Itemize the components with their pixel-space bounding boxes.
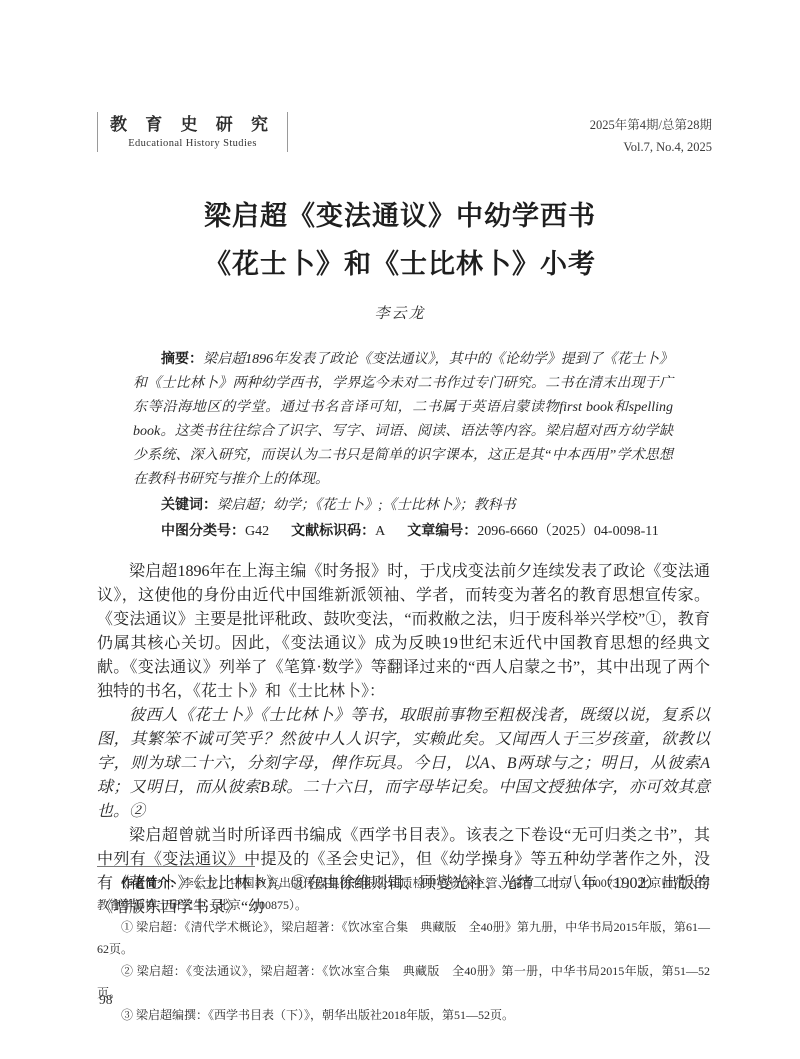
issue-line-cn: 2025年第4期/总第28期 [590,114,712,136]
page-header: 教 育 史 研 究 Educational History Studies 20… [97,112,712,158]
page-number: 98 [99,992,113,1008]
abstract-text: 梁启超1896年发表了政论《变法通议》，其中的《论幼学》提到了《花士卜》和《士比… [133,352,673,487]
clc-label: 中图分类号： [161,522,245,538]
article-no-label: 文章编号： [407,522,477,538]
author-bio: 作者简介：李云龙，中国教育出版传媒集团有限公司质检中心资深主管、编审（北京 10… [97,872,710,916]
footnote-item-1: ① 梁启超：《清代学术概论》，梁启超著：《饮冰室合集 典藏版 全40册》第九册，… [97,916,710,960]
doc-code-value: A [375,524,385,539]
block-quote: 彼西人《花士卜》《士比林卜》等书，取眼前事物至粗极浅者，既缀以说，复系以图，其繁… [97,704,710,824]
author-bio-label: 作者简介： [121,876,182,890]
abstract-label: 摘要： [161,350,203,366]
abstract-paragraph: 摘要：梁启超1896年发表了政论《变法通议》，其中的《论幼学》提到了《花士卜》和… [133,346,673,492]
footnotes: 作者简介：李云龙，中国教育出版传媒集团有限公司质检中心资深主管、编审（北京 10… [97,872,710,1026]
issue-line-en: Vol.7, No.4, 2025 [590,136,712,158]
footnote-item-3: ③ 梁启超编撰：《西学书目表（下）》，朝华出版社2018年版，第51—52页。 [97,1004,710,1026]
journal-logo: 教 育 史 研 究 Educational History Studies [97,112,288,152]
journal-name-chinese: 教 育 史 研 究 [110,114,275,136]
issue-info: 2025年第4期/总第28期 Vol.7, No.4, 2025 [590,112,712,158]
article-no-value: 2096-6660（2025）04-0098-11 [477,524,658,539]
doc-code-label: 文献标识码： [291,522,375,538]
author-bio-text: 李云龙，中国教育出版传媒集团有限公司质检中心资深主管、编审（北京 100073）… [97,876,710,912]
article-author: 李云龙 [0,302,800,323]
body-paragraph-1: 梁启超1896年在上海主编《时务报》时，于戊戌变法前夕连续发表了政论《变法通议》… [97,560,710,704]
clc-value: G42 [245,524,269,539]
article-title-line2: 《花士卜》和《士比林卜》小考 [0,240,800,288]
footnote-separator [97,866,255,867]
meta-line: 中图分类号：G42文献标识码：A文章编号：2096-6660（2025）04-0… [133,518,673,544]
journal-page: 教 育 史 研 究 Educational History Studies 20… [0,0,800,1059]
article-title: 梁启超《变法通议》中幼学西书 《花士卜》和《士比林卜》小考 [0,192,800,288]
article-title-line1: 梁启超《变法通议》中幼学西书 [0,192,800,240]
keywords-text: 梁启超；幼学；《花士卜》;《士比林卜》；教科书 [217,498,516,513]
keywords-line: 关键词：梁启超；幼学；《花士卜》;《士比林卜》；教科书 [133,492,673,518]
keywords-label: 关键词： [161,496,217,512]
abstract-block: 摘要：梁启超1896年发表了政论《变法通议》，其中的《论幼学》提到了《花士卜》和… [133,346,673,544]
footnote-item-2: ② 梁启超：《变法通议》，梁启超著：《饮冰室合集 典藏版 全40册》第一册，中华… [97,960,710,1004]
journal-name-english: Educational History Studies [110,138,275,149]
